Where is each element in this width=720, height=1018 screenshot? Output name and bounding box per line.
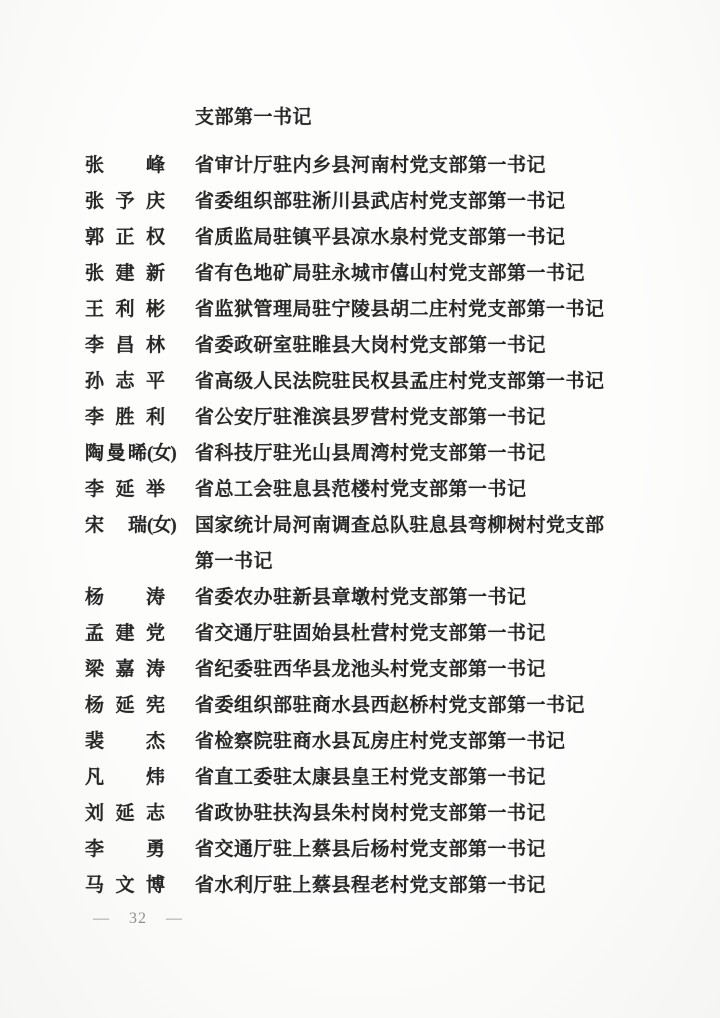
entry-position-line1: 省水利厅驻上蔡县程老村党支部第一书记	[195, 868, 665, 904]
entry-name-cell: 马文博	[85, 868, 165, 904]
entry-position-line1: 省总工会驻息县范楼村党支部第一书记	[195, 472, 665, 508]
entry-name: 梁嘉涛	[85, 652, 165, 688]
entry-position: 省检察院驻商水县瓦房庄村党支部第一书记	[195, 724, 665, 760]
entry-position-line1: 省质监局驻镇平县凉水泉村党支部第一书记	[195, 220, 665, 256]
entry-position-line1: 省高级人民法院驻民权县孟庄村党支部第一书记	[195, 364, 665, 400]
entry-row: 张予庆 省委组织部驻淅川县武店村党支部第一书记	[85, 184, 665, 220]
entry-name: 王利彬	[85, 292, 165, 328]
entry-name: 凡 炜	[85, 760, 165, 796]
entry-name-cell: 孙志平	[85, 364, 165, 400]
entry-position: 省委政研室驻睢县大岗村党支部第一书记	[195, 328, 665, 364]
entry-name: 郭正权	[85, 220, 165, 256]
entry-position: 省审计厅驻内乡县河南村党支部第一书记	[195, 148, 665, 184]
entry-row: 李 勇 省交通厅驻上蔡县后杨村党支部第一书记	[85, 832, 665, 868]
entry-position-line1: 省公安厅驻淮滨县罗营村党支部第一书记	[195, 400, 665, 436]
entry-name: 杨延宪	[85, 688, 165, 724]
entry-position: 省水利厅驻上蔡县程老村党支部第一书记	[195, 868, 665, 904]
entry-name-cell: 张建新	[85, 256, 165, 292]
entry-row: 王利彬 省监狱管理局驻宁陵县胡二庄村党支部第一书记	[85, 292, 665, 328]
entry-name: 张 峰	[85, 148, 165, 184]
entry-position-line1: 省委政研室驻睢县大岗村党支部第一书记	[195, 328, 665, 364]
entry-position: 省直工委驻太康县皇王村党支部第一书记	[195, 760, 665, 796]
entry-name-cell: 王利彬	[85, 292, 165, 328]
entry-row: 张建新 省有色地矿局驻永城市僖山村党支部第一书记	[85, 256, 665, 292]
entry-name: 宋 瑞	[85, 508, 147, 544]
entry-name: 孟建党	[85, 616, 165, 652]
entry-position: 省公安厅驻淮滨县罗营村党支部第一书记	[195, 400, 665, 436]
entry-name: 李延举	[85, 472, 165, 508]
entry-position: 省委组织部驻淅川县武店村党支部第一书记	[195, 184, 665, 220]
entry-name-cell: 宋 瑞(女)	[85, 508, 176, 544]
entry-list: 张 峰 省审计厅驻内乡县河南村党支部第一书记 张予庆 省委组织部驻淅川县武店村党…	[85, 148, 665, 904]
entry-position-line1: 省审计厅驻内乡县河南村党支部第一书记	[195, 148, 665, 184]
entry-row: 马文博 省水利厅驻上蔡县程老村党支部第一书记	[85, 868, 665, 904]
entry-name-cell: 郭正权	[85, 220, 165, 256]
entry-name: 孙志平	[85, 364, 165, 400]
section-heading: 支部第一书记	[195, 100, 665, 136]
entry-row: 郭正权 省质监局驻镇平县凉水泉村党支部第一书记	[85, 220, 665, 256]
entry-row: 宋 瑞(女) 国家统计局河南调查总队驻息县弯柳树村党支部 第一书记	[85, 508, 665, 580]
entry-position: 省监狱管理局驻宁陵县胡二庄村党支部第一书记	[195, 292, 665, 328]
entry-name: 刘延志	[85, 796, 165, 832]
entry-name-cell: 张予庆	[85, 184, 165, 220]
entry-row: 梁嘉涛 省纪委驻西华县龙池头村党支部第一书记	[85, 652, 665, 688]
entry-position: 省委农办驻新县章墩村党支部第一书记	[195, 580, 665, 616]
entry-position: 省有色地矿局驻永城市僖山村党支部第一书记	[195, 256, 665, 292]
entry-row: 张 峰 省审计厅驻内乡县河南村党支部第一书记	[85, 148, 665, 184]
entry-name-cell: 李胜利	[85, 400, 165, 436]
entry-position-line1: 省直工委驻太康县皇王村党支部第一书记	[195, 760, 665, 796]
entry-position-line1: 省检察院驻商水县瓦房庄村党支部第一书记	[195, 724, 665, 760]
entry-name-cell: 凡 炜	[85, 760, 165, 796]
entry-name: 李昌林	[85, 328, 165, 364]
page-number: — 32 —	[93, 906, 665, 932]
entry-row: 孙志平 省高级人民法院驻民权县孟庄村党支部第一书记	[85, 364, 665, 400]
entry-name: 马文博	[85, 868, 165, 904]
entry-position: 省交通厅驻上蔡县后杨村党支部第一书记	[195, 832, 665, 868]
entry-row: 李昌林 省委政研室驻睢县大岗村党支部第一书记	[85, 328, 665, 364]
entry-name-cell: 梁嘉涛	[85, 652, 165, 688]
entry-name-cell: 李延举	[85, 472, 165, 508]
entry-row: 杨延宪 省委组织部驻商水县西赵桥村党支部第一书记	[85, 688, 665, 724]
entry-position-line1: 省委组织部驻淅川县武店村党支部第一书记	[195, 184, 665, 220]
entry-position-line1: 省委农办驻新县章墩村党支部第一书记	[195, 580, 665, 616]
entry-row: 杨 涛 省委农办驻新县章墩村党支部第一书记	[85, 580, 665, 616]
entry-position: 省交通厅驻固始县杜营村党支部第一书记	[195, 616, 665, 652]
entry-row: 裴 杰 省检察院驻商水县瓦房庄村党支部第一书记	[85, 724, 665, 760]
entry-position-line2: 第一书记	[195, 544, 665, 580]
entry-position: 省总工会驻息县范楼村党支部第一书记	[195, 472, 665, 508]
entry-name-cell: 张 峰	[85, 148, 165, 184]
entry-name-cell: 陶曼晞(女)	[85, 436, 176, 472]
entry-position: 省政协驻扶沟县朱村岗村党支部第一书记	[195, 796, 665, 832]
entry-position-line1: 省委组织部驻商水县西赵桥村党支部第一书记	[195, 688, 665, 724]
entry-position-line1: 省交通厅驻固始县杜营村党支部第一书记	[195, 616, 665, 652]
entry-row: 李延举 省总工会驻息县范楼村党支部第一书记	[85, 472, 665, 508]
document-page: 支部第一书记 张 峰 省审计厅驻内乡县河南村党支部第一书记 张予庆 省委组织部驻…	[0, 0, 720, 1018]
entry-name-cell: 杨 涛	[85, 580, 165, 616]
entry-position-line1: 省监狱管理局驻宁陵县胡二庄村党支部第一书记	[195, 292, 665, 328]
entry-name-cell: 刘延志	[85, 796, 165, 832]
entry-position-line1: 国家统计局河南调查总队驻息县弯柳树村党支部	[195, 508, 665, 544]
entry-position: 省委组织部驻商水县西赵桥村党支部第一书记	[195, 688, 665, 724]
entry-row: 刘延志 省政协驻扶沟县朱村岗村党支部第一书记	[85, 796, 665, 832]
entry-position: 省高级人民法院驻民权县孟庄村党支部第一书记	[195, 364, 665, 400]
entry-position-line1: 省政协驻扶沟县朱村岗村党支部第一书记	[195, 796, 665, 832]
entry-name: 李胜利	[85, 400, 165, 436]
entry-name-cell: 裴 杰	[85, 724, 165, 760]
entry-row: 凡 炜 省直工委驻太康县皇王村党支部第一书记	[85, 760, 665, 796]
entry-name: 杨 涛	[85, 580, 165, 616]
entry-position: 省质监局驻镇平县凉水泉村党支部第一书记	[195, 220, 665, 256]
entry-name-cell: 孟建党	[85, 616, 165, 652]
entry-name: 张建新	[85, 256, 165, 292]
entry-row: 孟建党 省交通厅驻固始县杜营村党支部第一书记	[85, 616, 665, 652]
entry-position: 省科技厅驻光山县周湾村党支部第一书记	[195, 436, 665, 472]
entry-name: 李 勇	[85, 832, 165, 868]
entry-position-line1: 省交通厅驻上蔡县后杨村党支部第一书记	[195, 832, 665, 868]
entry-name: 陶曼晞	[85, 436, 147, 472]
entry-row: 陶曼晞(女) 省科技厅驻光山县周湾村党支部第一书记	[85, 436, 665, 472]
entry-name-cell: 李 勇	[85, 832, 165, 868]
entry-row: 李胜利 省公安厅驻淮滨县罗营村党支部第一书记	[85, 400, 665, 436]
entry-position-line1: 省有色地矿局驻永城市僖山村党支部第一书记	[195, 256, 665, 292]
entry-gender-suffix: (女)	[147, 515, 176, 536]
entry-name-cell: 杨延宪	[85, 688, 165, 724]
entry-position: 国家统计局河南调查总队驻息县弯柳树村党支部 第一书记	[195, 508, 665, 580]
entry-name-cell: 李昌林	[85, 328, 165, 364]
entry-name: 张予庆	[85, 184, 165, 220]
entry-gender-suffix: (女)	[147, 443, 176, 464]
entry-position: 省纪委驻西华县龙池头村党支部第一书记	[195, 652, 665, 688]
entry-position-line1: 省纪委驻西华县龙池头村党支部第一书记	[195, 652, 665, 688]
entry-position-line1: 省科技厅驻光山县周湾村党支部第一书记	[195, 436, 665, 472]
entry-name: 裴 杰	[85, 724, 165, 760]
